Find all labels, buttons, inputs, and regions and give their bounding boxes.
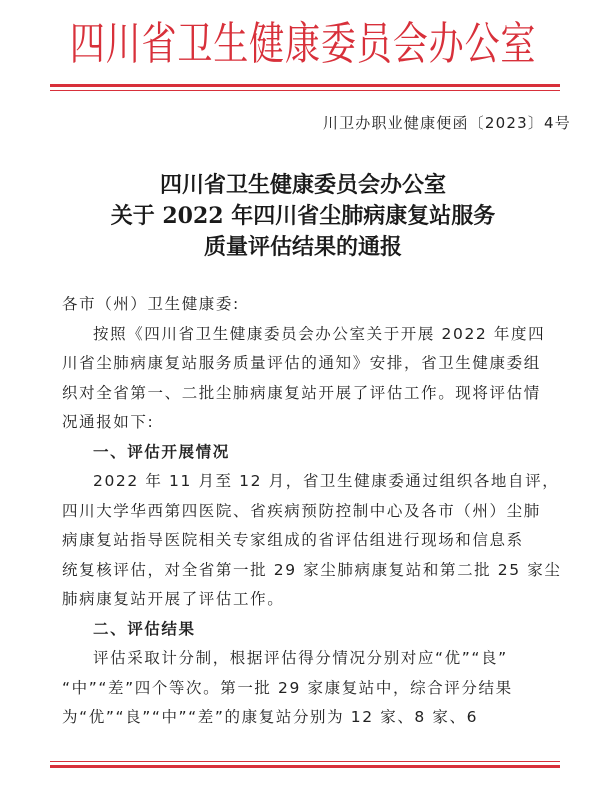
masthead-rule-thick (50, 84, 560, 87)
section-1-line: 统复核评估，对全省第一批 29 家尘肺病康复站和第二批 25 家尘 (62, 556, 460, 586)
footer-rule-thin (50, 761, 560, 762)
intro-line: 川省尘肺病康复站服务质量评估的通知》安排，省卫生健康委组 (62, 349, 460, 379)
title-line-3: 质量评估结果的通报 (0, 232, 606, 263)
footer-rule-thick (50, 765, 560, 768)
section-1-line: 肺病康复站开展了评估工作。 (62, 585, 460, 615)
document-number: 川卫办职业健康便函〔2023〕4号 (323, 112, 571, 133)
section-1-heading: 一、评估开展情况 (62, 438, 460, 468)
intro-line: 织对全省第一、二批尘肺病康复站开展了评估工作。现将评估情 (62, 379, 460, 409)
masthead-title: 四川省卫生健康委员会办公室 (67, 14, 540, 74)
document-title: 四川省卫生健康委员会办公室 关于 2022 年四川省尘肺病康复站服务 质量评估结… (0, 170, 606, 263)
intro-line: 况通报如下: (62, 408, 460, 438)
section-2-line: 评估采取计分制，根据评估得分情况分别对应“优”“良” (62, 644, 460, 674)
section-2-line: “中”“差”四个等次。第一批 29 家康复站中，综合评分结果 (62, 674, 460, 704)
title-line-2: 关于 2022 年四川省尘肺病康复站服务 (0, 201, 606, 232)
section-1-line: 病康复站指导医院相关专家组成的省评估组进行现场和信息系 (62, 526, 460, 556)
document-body: 各市（州）卫生健康委: 按照《四川省卫生健康委员会办公室关于开展 2022 年度… (62, 290, 460, 733)
section-1-line: 四川大学华西第四医院、省疾病预防控制中心及各市（州）尘肺 (62, 497, 460, 527)
section-1-line: 2022 年 11 月至 12 月，省卫生健康委通过组织各地自评， (62, 467, 460, 497)
title-line-1: 四川省卫生健康委员会办公室 (0, 170, 606, 201)
section-2-heading: 二、评估结果 (62, 615, 460, 645)
intro-line: 按照《四川省卫生健康委员会办公室关于开展 2022 年度四 (62, 320, 460, 350)
salutation: 各市（州）卫生健康委: (62, 290, 460, 320)
section-2-line: 为“优”“良”“中”“差”的康复站分别为 12 家、8 家、6 (62, 703, 460, 733)
masthead-rule-thin (50, 90, 560, 91)
